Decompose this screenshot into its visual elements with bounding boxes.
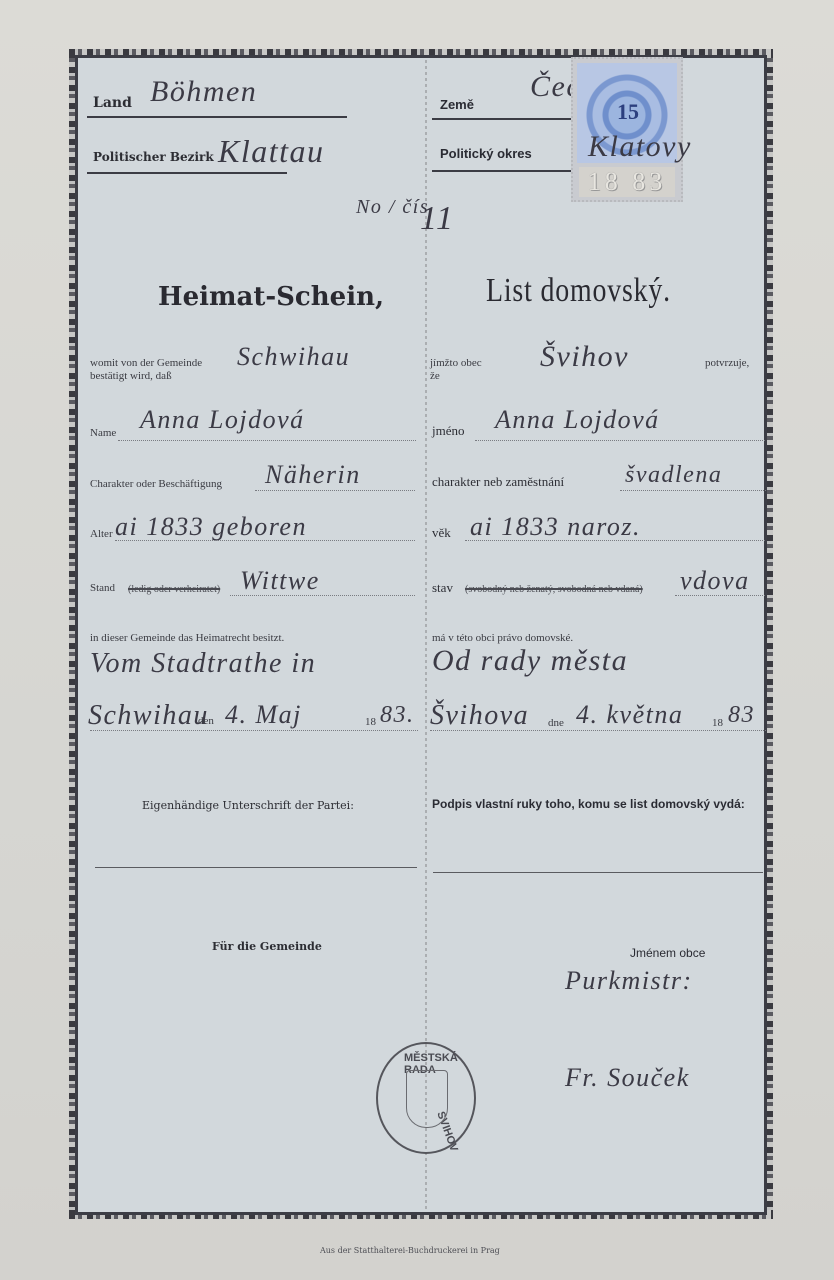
status-cz-struck: (svobodný neb ženatý, svobodná neb vdaná… bbox=[465, 584, 643, 595]
municipality-cz-suffix: potvrzuje, bbox=[705, 357, 749, 369]
title-german: Heimat-Schein, bbox=[158, 282, 384, 312]
status-de-value: Wittwe bbox=[240, 566, 320, 596]
issuer-de-den: den bbox=[198, 715, 214, 727]
land-label: Land bbox=[93, 95, 132, 111]
seal-coat-of-arms-icon bbox=[406, 1070, 448, 1128]
issuer-de-line1: Vom Stadtrathe in bbox=[90, 648, 316, 680]
status-de-label: Stand bbox=[90, 582, 115, 594]
name-de-label: Name bbox=[90, 427, 116, 439]
age-cz-line bbox=[465, 540, 765, 541]
occupation-cz-value: švadlena bbox=[625, 462, 722, 489]
issuer-de-date: 4. Maj bbox=[225, 700, 302, 730]
name-cz-label: jméno bbox=[432, 423, 465, 439]
municipality-cz-label2: že bbox=[430, 370, 440, 382]
issuer-cz-line bbox=[430, 730, 766, 731]
name-cz-line bbox=[475, 440, 765, 441]
age-cz-label: věk bbox=[432, 525, 451, 541]
issuer-de-year-prefix: 18 bbox=[365, 716, 376, 728]
okres-underline bbox=[432, 170, 582, 172]
stamp-year: 18 83 bbox=[579, 167, 675, 197]
issuer-cz-line1: Od rady města bbox=[432, 644, 628, 678]
occupation-de-label: Charakter oder Beschäftigung bbox=[90, 478, 222, 490]
mayor-title-handwritten: Purkmistr: bbox=[565, 966, 693, 996]
issuer-de-line bbox=[90, 730, 418, 731]
number-value: 11 bbox=[420, 200, 454, 238]
party-signature-de-label: Eigenhändige Unterschrift der Partei: bbox=[142, 799, 354, 812]
municipality-de-value: Schwihau bbox=[237, 342, 350, 372]
occupation-cz-label: charakter neb zaměstnání bbox=[432, 474, 564, 490]
printer-imprint: Aus der Statthalterei-Buchdruckerei in P… bbox=[320, 1246, 500, 1255]
okres-label: Politický okres bbox=[440, 146, 532, 161]
zeme-label: Země bbox=[440, 97, 474, 112]
community-cz-label: Jménem obce bbox=[630, 946, 705, 960]
land-underline bbox=[87, 116, 347, 118]
okres-value: Klatovy bbox=[588, 130, 692, 164]
age-de-value: ai 1833 geboren bbox=[115, 512, 307, 542]
document-paper: Land Böhmen Země Čechy Politischer Bezir… bbox=[0, 0, 834, 1280]
status-de-line bbox=[230, 595, 415, 596]
party-signature-cz-line bbox=[433, 872, 763, 873]
right-de-label: in dieser Gemeinde das Heimatrecht besit… bbox=[90, 632, 284, 644]
municipality-de-label2: bestätigt wird, daß bbox=[90, 370, 172, 382]
issuer-de-year-suffix: 83. bbox=[380, 702, 415, 729]
issuer-de-line2: Schwihau bbox=[88, 700, 209, 732]
land-value: Böhmen bbox=[150, 75, 257, 109]
name-de-line bbox=[118, 440, 416, 441]
status-cz-value: vdova bbox=[680, 566, 750, 596]
community-de-label: Für die Gemeinde bbox=[212, 940, 322, 953]
name-de-value: Anna Lojdová bbox=[140, 405, 305, 435]
age-de-label: Alter bbox=[90, 528, 113, 540]
number-label: No / čís bbox=[356, 196, 429, 219]
municipality-cz-label: jímžto obec bbox=[430, 357, 482, 369]
party-signature-cz-label: Podpis vlastní ruky toho, komu se list d… bbox=[432, 797, 745, 811]
issuer-cz-line2: Švihova bbox=[430, 700, 529, 732]
occupation-cz-line bbox=[620, 490, 766, 491]
occupation-de-line bbox=[255, 490, 415, 491]
occupation-de-value: Näherin bbox=[265, 460, 361, 490]
status-cz-line bbox=[675, 595, 765, 596]
age-de-line bbox=[115, 540, 415, 541]
zeme-underline bbox=[432, 118, 582, 120]
municipality-de-label: womit von der Gemeinde bbox=[90, 357, 202, 369]
issuer-cz-year-suffix: 83 bbox=[728, 702, 755, 729]
bezirk-label: Politischer Bezirk bbox=[93, 150, 214, 164]
issuer-cz-year-prefix: 18 bbox=[712, 717, 723, 729]
issuer-cz-date: 4. května bbox=[576, 700, 683, 730]
mayor-signature: Fr. Souček bbox=[565, 1063, 690, 1093]
title-czech: List domovský. bbox=[486, 272, 671, 310]
status-de-struck: (ledig oder verheiratet) bbox=[128, 584, 220, 595]
status-cz-label: stav bbox=[432, 580, 453, 596]
municipal-seal: MĚSTSKÁ RADA SVIHOV bbox=[376, 1042, 476, 1154]
name-cz-value: Anna Lojdová bbox=[495, 405, 660, 435]
right-cz-label: má v této obci právo domovské. bbox=[432, 632, 573, 644]
issuer-cz-dne: dne bbox=[548, 717, 564, 729]
bezirk-value: Klattau bbox=[218, 133, 325, 170]
party-signature-de-line bbox=[95, 867, 417, 868]
municipality-cz-value: Švihov bbox=[540, 340, 629, 374]
age-cz-value: ai 1833 naroz. bbox=[470, 512, 641, 542]
stamp-value: 15 bbox=[617, 99, 639, 125]
bezirk-underline bbox=[87, 172, 287, 174]
